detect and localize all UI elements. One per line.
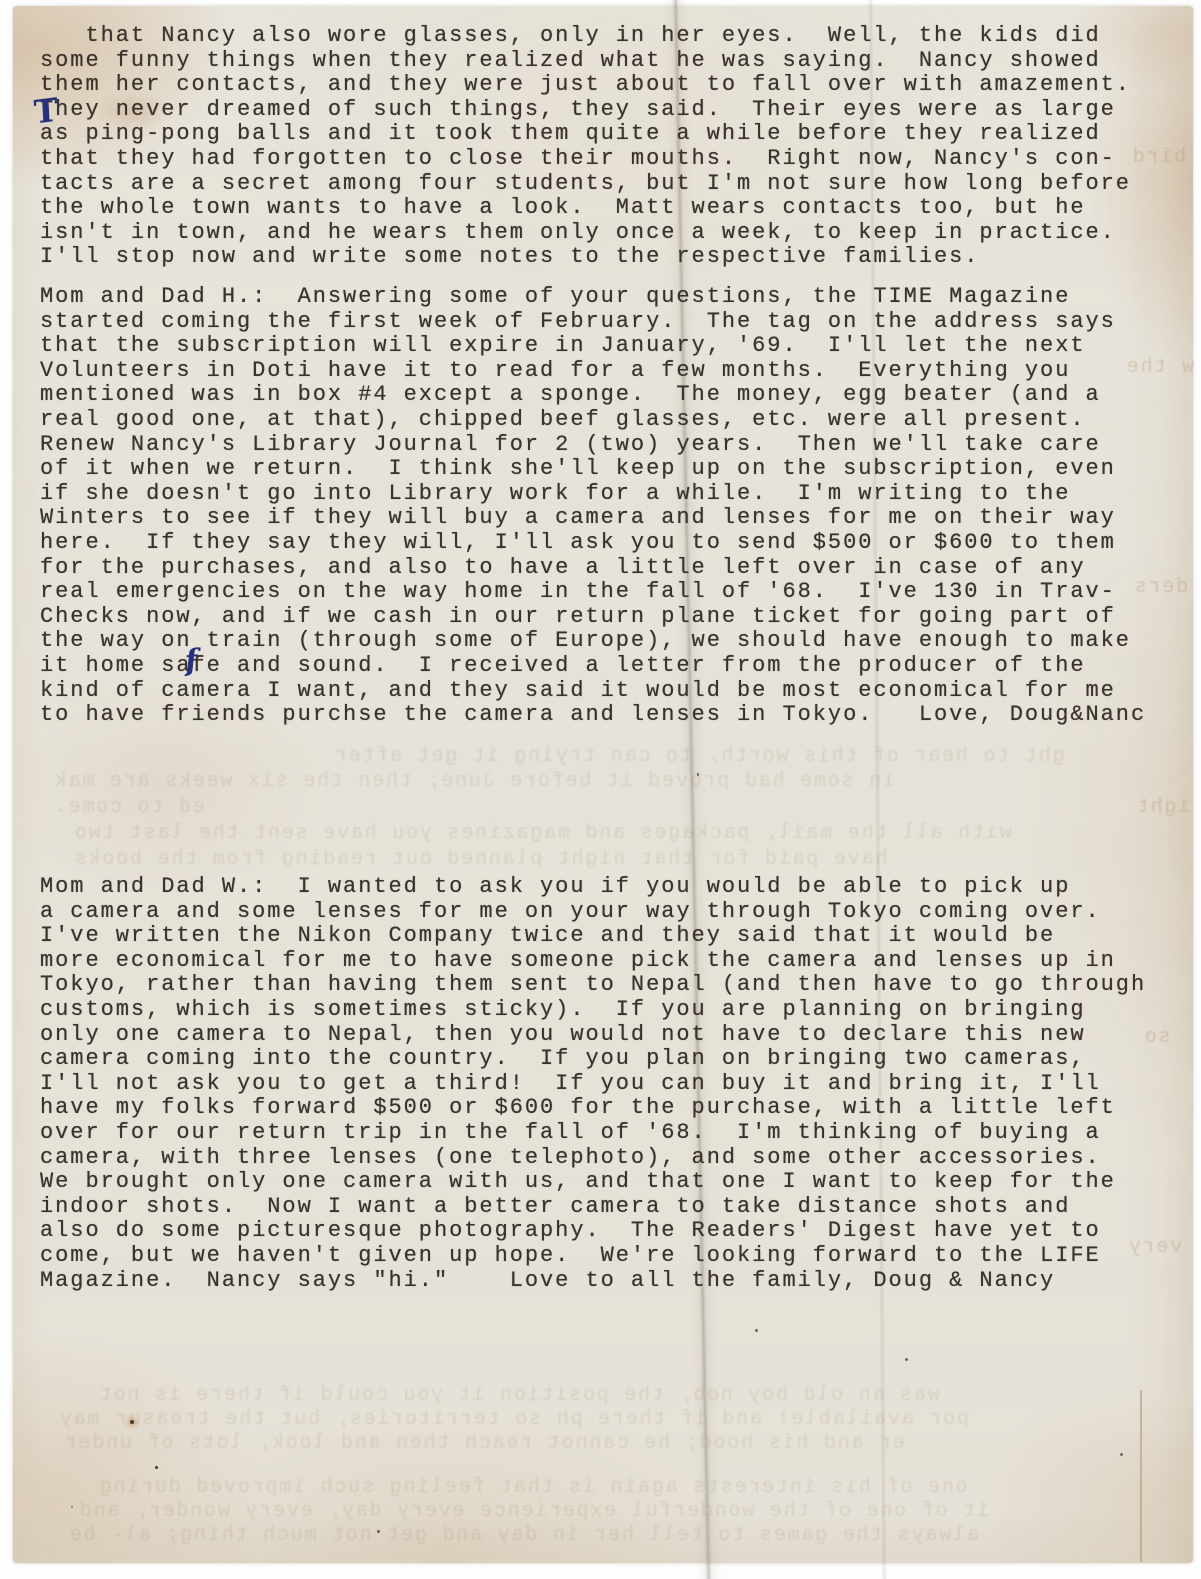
typed-paragraph-contacts-story: that Nancy also wore glasses, only in he… xyxy=(40,24,1131,270)
bleed-through-line: with all the mail, packages and magazine… xyxy=(73,822,1012,846)
paper-speck xyxy=(697,773,699,776)
paper-speck xyxy=(905,1358,908,1361)
paper-speck xyxy=(755,1329,758,1332)
bleed-through-line: one of his interests again is that feeli… xyxy=(98,1476,968,1500)
bleed-through-fragment: bird xyxy=(1131,146,1186,170)
bleed-through-line: ed to come. xyxy=(53,796,205,820)
bleed-through-line: por available! and if there ph so territ… xyxy=(58,1408,969,1432)
paper-speck xyxy=(71,1506,73,1508)
paper-speck xyxy=(155,1466,158,1469)
scratch-mark xyxy=(1140,1390,1142,1562)
paper-speck xyxy=(130,1420,134,1424)
bleed-through-line: was an old boy nob, the position it you … xyxy=(98,1384,940,1408)
bleed-through-fragment: so xyxy=(1143,1026,1171,1050)
paper-sheet: ght to hear of this worth, to can trying… xyxy=(13,6,1193,1563)
bleed-through-line: er and his hood; he cannot reach then an… xyxy=(63,1432,905,1456)
bleed-through-line: always the games to tell her in day and … xyxy=(68,1524,979,1548)
paper-speck xyxy=(377,1530,380,1533)
typed-paragraph-mom-dad-w: Mom and Dad W.: I wanted to ask you if y… xyxy=(40,875,1146,1293)
bleed-through-fragment: ight xyxy=(1135,796,1190,820)
paper-speck xyxy=(1120,1453,1123,1456)
bleed-through-line: have paid for that night planned out rea… xyxy=(73,848,887,872)
bleed-through-line: it of one of the wonderful experience ev… xyxy=(78,1500,989,1524)
bleed-through-line: in some had proved it before June; then … xyxy=(53,770,895,794)
typed-paragraph-mom-dad-h: Mom and Dad H.: Answering some of your q… xyxy=(40,285,1146,728)
scanned-letter-page: ght to hear of this worth, to can trying… xyxy=(0,0,1201,1579)
handwritten-t-correction: T xyxy=(33,91,59,132)
bleed-through-line: ght to hear of this worth, to can trying… xyxy=(333,745,1065,769)
